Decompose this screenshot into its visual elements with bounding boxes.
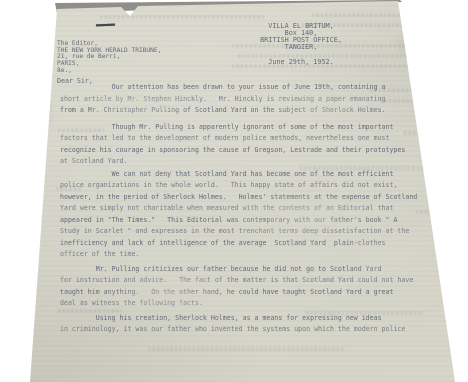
bleed-through-mark [380, 99, 428, 103]
bleed-through-mark [148, 347, 346, 351]
sender-address-line: TANGIER, [246, 44, 356, 51]
paragraph: Our attention has been drawn to your iss… [60, 82, 386, 117]
bleed-through-mark [100, 15, 265, 19]
paragraph: Though Mr. Pulling is apparently ignoran… [60, 122, 405, 168]
pencil-mark [96, 24, 115, 27]
typed-line: at Scotland Yard. [60, 156, 405, 168]
paragraph: We can not deny that Scotland Yard has b… [60, 169, 417, 261]
typed-line: Yard were simply not charitable when mea… [60, 203, 417, 215]
typed-line: however, in the period of Sherlock Holme… [60, 192, 417, 204]
typed-line: inefficiency and lack of intelligence of… [60, 238, 417, 250]
recipient-address-line: 8e., [57, 68, 161, 75]
scanned-letter: VILLA EL BRITUM,Box 140,BRITISH POST OFF… [0, 0, 468, 382]
bleed-through-mark [404, 131, 432, 135]
typed-line: taught him anything. On the other hand, … [60, 287, 413, 299]
typed-line: Using his creation, Sherlock Holmes, as … [60, 313, 405, 325]
typed-line: from a Mr. Christopher Pulling of Scotla… [60, 105, 386, 117]
typed-line: short article by Mr. Stephen Hinckly. Mr… [60, 94, 386, 106]
bleed-through-mark [312, 13, 424, 17]
typed-line: for instruction and advice. The fact of … [60, 275, 413, 287]
typed-line: Though Mr. Pulling is apparently ignoran… [60, 122, 405, 134]
paper-sheet: VILLA EL BRITUM,Box 140,BRITISH POST OFF… [0, 0, 468, 382]
paragraph: Mr. Pulling criticizes our father becaus… [60, 264, 413, 310]
recipient-address-block: The Editor,THE NEW YORK HERALD TRIBUNE,2… [57, 41, 161, 74]
typed-line: Our attention has been drawn to your iss… [60, 82, 386, 94]
date-block: June 29th, 1952. [246, 51, 356, 66]
typed-line: factors that led to the development of m… [60, 133, 405, 145]
typed-line: Study in Scarlet " and expresses in the … [60, 226, 417, 238]
recipient-address-line: PARIS, [57, 61, 161, 68]
date-line: June 29th, 1952. [246, 59, 356, 66]
typed-line: appeared in "The Times." This Editorial … [60, 215, 417, 227]
stain-mark [430, 150, 452, 240]
typed-line: in criminology, it was our father who in… [60, 324, 405, 336]
bleed-through-mark [416, 210, 442, 214]
typed-line: officer of the time. [60, 249, 417, 261]
stain-mark [34, 100, 52, 130]
typed-line: We can not deny that Scotland Yard has b… [60, 169, 417, 181]
typed-line: police organizations in the whole world.… [60, 180, 417, 192]
stain-mark [398, 32, 453, 56]
paragraph: Using his creation, Sherlock Holmes, as … [60, 313, 405, 336]
typed-line: Mr. Pulling criticizes our father becaus… [60, 264, 413, 276]
sender-address-block: VILLA EL BRITUM,Box 140,BRITISH POST OFF… [246, 23, 356, 51]
typed-line: deal as witness the following facts. [60, 298, 413, 310]
typed-line: recognize his courage in sponsoring the … [60, 145, 405, 157]
